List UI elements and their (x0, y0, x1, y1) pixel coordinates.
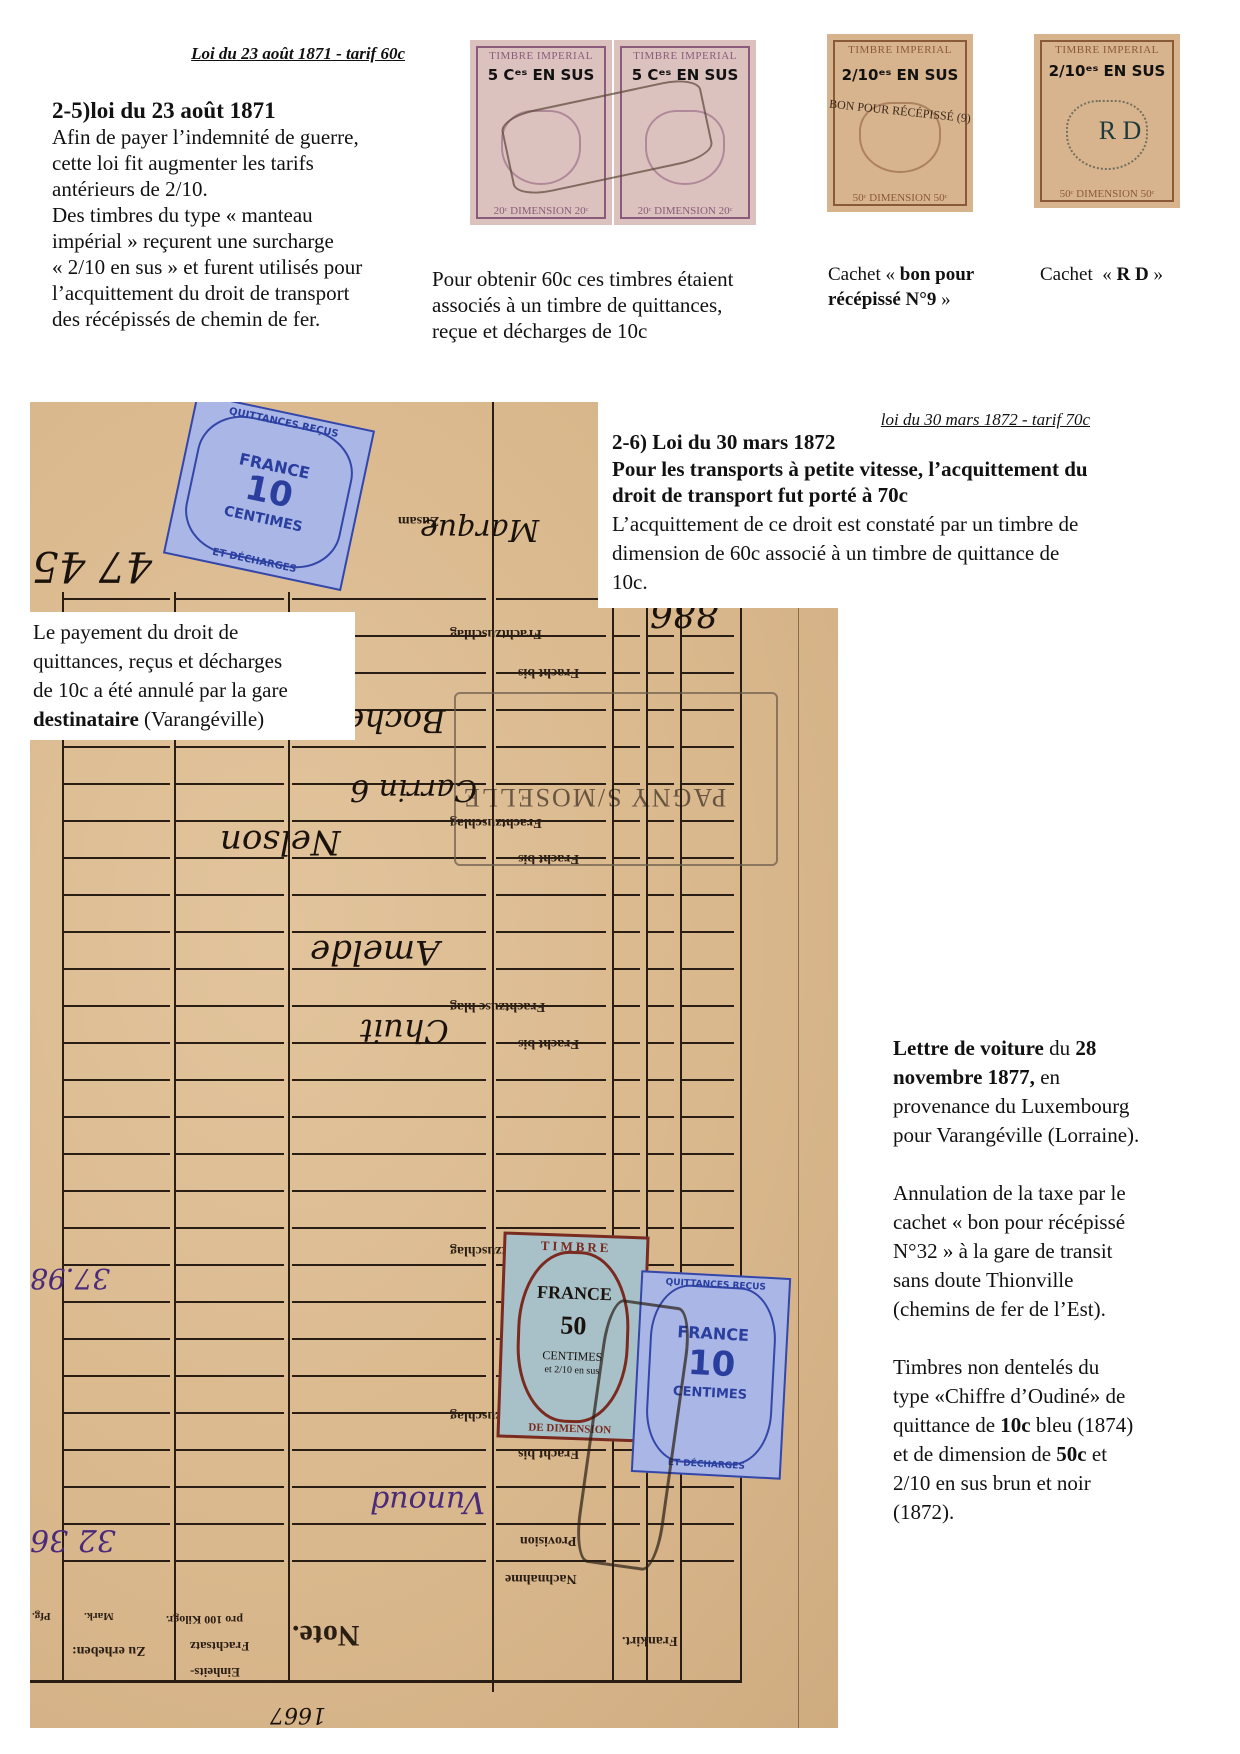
rule (176, 1412, 284, 1414)
form-label: Mark. (84, 1610, 114, 1622)
rule (648, 1190, 674, 1192)
stamp-imperial-50c-rd: TIMBRE IMPERIAL 2/10ᵉˢ EN SUS R D 50ᶜ DI… (1034, 34, 1180, 208)
rule (64, 783, 170, 785)
rule (648, 1005, 674, 1007)
text-line: droit de transport fut porté à 70c (612, 482, 1088, 508)
rule (496, 1190, 606, 1192)
form-label: Pfg. (32, 1610, 51, 1622)
rule (176, 783, 284, 785)
rule (176, 1079, 284, 1081)
rule (176, 1005, 284, 1007)
text-bold: R D (1117, 264, 1149, 285)
rule (648, 894, 674, 896)
rule (292, 1116, 486, 1118)
text-line: cachet « bon pour récépissé (893, 1208, 1223, 1237)
rule (64, 1227, 170, 1229)
rule (64, 598, 170, 600)
stamp-denomination: 20ᶜ DIMENSION 20ᶜ (470, 205, 612, 217)
rule (64, 1042, 170, 1044)
rule (176, 1153, 284, 1155)
rule (288, 592, 290, 1682)
station-cancel-text: PAGNY S/MOSELLE (462, 782, 726, 812)
section2-paragraph: L’acquittement de ce droit est constaté … (612, 510, 1078, 597)
rule (682, 1079, 734, 1081)
form-label: Nachnahme (505, 1570, 577, 1586)
text-bold: novembre 1877, (893, 1065, 1035, 1089)
text-line: provenance du Luxembourg (893, 1092, 1223, 1121)
text: » (936, 289, 950, 310)
text-line: « 2/10 en sus » et furent utilisés pour (52, 254, 422, 280)
rule (682, 1560, 734, 1562)
text: et de dimension de (893, 1442, 1056, 1466)
rule (614, 1005, 640, 1007)
rule (64, 968, 170, 970)
cachet-bon-pour-caption: Cachet « bon pour récépissé N°9 » (828, 262, 974, 312)
text-line: Des timbres du type « manteau (52, 202, 422, 228)
rule (292, 1449, 486, 1451)
text: et (1087, 1442, 1107, 1466)
form-label: Zu erheben: (72, 1642, 146, 1658)
rule (176, 1264, 284, 1266)
rule (682, 1264, 734, 1266)
pair-caption: Pour obtenir 60c ces timbres étaient ass… (432, 266, 812, 344)
text-line: antérieurs de 2/10. (52, 176, 422, 202)
rule (64, 1116, 170, 1118)
handwriting: Carrin 6 (350, 772, 477, 807)
stamp-quittances-10c-top: QUITTANCES REÇUS FRANCE 10 CENTIMES ET D… (163, 402, 375, 591)
handwritten-number: 1667 (270, 1702, 326, 1727)
handwriting: 47 45 (32, 542, 152, 591)
text-bold: 50c (1056, 1442, 1086, 1466)
rule (30, 1680, 742, 1683)
rule (682, 635, 734, 637)
rule (292, 1560, 486, 1562)
rule (496, 1153, 606, 1155)
rule (682, 1042, 734, 1044)
rule (64, 894, 170, 896)
rule (176, 1042, 284, 1044)
text-line: l’acquittement du droit de transport (52, 280, 422, 306)
stamp-title: TIMBRE IMPERIAL (470, 50, 612, 62)
handwriting: Marque (420, 512, 539, 547)
text: du (1044, 1036, 1076, 1060)
rule (496, 894, 606, 896)
section2-bold-paragraph: Pour les transports à petite vitesse, l’… (612, 456, 1088, 508)
rule (176, 1449, 284, 1451)
rule (648, 1079, 674, 1081)
rule (176, 894, 284, 896)
rule (64, 1005, 170, 1007)
rule (648, 1116, 674, 1118)
rule (64, 1079, 170, 1081)
rule (648, 672, 674, 674)
rule (614, 1153, 640, 1155)
rule (176, 598, 284, 600)
rule (64, 1338, 170, 1340)
text-line: Annulation de la taxe par le (893, 1179, 1223, 1208)
text-line: dimension de 60c associé à un timbre de … (612, 539, 1078, 568)
rule (496, 968, 606, 970)
text-line: 10c. (612, 568, 1078, 597)
rule (176, 968, 284, 970)
rule (648, 931, 674, 933)
rule (682, 1005, 734, 1007)
rule (614, 1042, 640, 1044)
rule (64, 1153, 170, 1155)
text-line: 2/10 en sus brun et noir (893, 1469, 1223, 1498)
rule (64, 1412, 170, 1414)
text-bold: 28 (1075, 1036, 1096, 1060)
text-bold: récépissé N°9 (828, 289, 936, 310)
section1-caption: Loi du 23 août 1871 - tarif 60c (140, 44, 405, 64)
text: Cachet « (1040, 264, 1117, 285)
rule (682, 968, 734, 970)
text-bold: 10c (1000, 1413, 1030, 1437)
stamp-title: TIMBRE IMPERIAL (827, 44, 973, 56)
rule (292, 1190, 486, 1192)
text: quittance de (893, 1413, 1000, 1437)
rule (648, 635, 674, 637)
text: bleu (1874) (1031, 1413, 1134, 1437)
rule (648, 1264, 674, 1266)
stamp-overprint: 5 Cᵉˢ EN SUS (470, 66, 612, 84)
form-label: Fracht bis (518, 664, 579, 680)
rule (292, 1153, 486, 1155)
text: » (1149, 264, 1163, 285)
rule (648, 968, 674, 970)
rule (682, 1523, 734, 1525)
text-line: reçue et décharges de 10c (432, 318, 812, 344)
rule (292, 894, 486, 896)
rule (64, 1449, 170, 1451)
rule (174, 592, 176, 1682)
station-cancel-box (454, 692, 778, 866)
form-label: Frankirt. (622, 1632, 678, 1648)
rule (292, 1375, 486, 1377)
rule (614, 672, 640, 674)
rule (64, 1560, 170, 1562)
form-label: Frachtzusc hlag (450, 998, 545, 1014)
rule (682, 1153, 734, 1155)
text-line: Timbres non dentelés du (893, 1353, 1223, 1382)
text: Cachet « (828, 264, 900, 285)
rule (176, 1560, 284, 1562)
text-line: Pour obtenir 60c ces timbres étaient (432, 266, 812, 292)
right-note: Lettre de voiture du 28 novembre 1877, e… (893, 1034, 1223, 1527)
rule (648, 1153, 674, 1155)
text-bold: bon pour (900, 264, 974, 285)
rule (176, 1338, 284, 1340)
text-line: (1872). (893, 1498, 1223, 1527)
rule (292, 1227, 486, 1229)
text-line: de 10c a été annulé par la gare (33, 676, 288, 705)
stamp-overprint: 2/10ᵉˢ EN SUS (827, 66, 973, 84)
rule (64, 1190, 170, 1192)
text-line: (chemins de fer de l’Est). (893, 1295, 1223, 1324)
text-line: cette loi fit augmenter les tarifs (52, 150, 422, 176)
handwriting: Nelson (220, 822, 341, 862)
section2-textbox: loi du 30 mars 1872 - tarif 70c 2-6) Loi… (598, 402, 1240, 608)
rule (64, 1301, 170, 1303)
text-line: L’acquittement de ce droit est constaté … (612, 510, 1078, 539)
rule (648, 1042, 674, 1044)
rule (176, 746, 284, 748)
rule (614, 1079, 640, 1081)
handwriting: 37.98 (30, 1262, 110, 1295)
handwriting: Amelde (310, 932, 440, 972)
rule (682, 1227, 734, 1229)
text-line: Afin de payer l’indemnité de guerre, (52, 124, 422, 150)
form-label: Fracht bis (518, 1035, 579, 1051)
rule (682, 1116, 734, 1118)
rule (614, 968, 640, 970)
rule (292, 1079, 486, 1081)
handwriting: Chuit (360, 1012, 449, 1050)
rule (496, 1227, 606, 1229)
rule (64, 857, 170, 859)
rule (614, 931, 640, 933)
rule (64, 820, 170, 822)
form-label: Provision (520, 1532, 577, 1548)
rule (682, 672, 734, 674)
text: (Varangéville) (139, 707, 264, 731)
cachet-rd-caption: Cachet « R D » (1040, 262, 1163, 287)
text-line: Pour les transports à petite vitesse, l’… (612, 456, 1088, 482)
rule (292, 598, 486, 600)
rule (682, 894, 734, 896)
text: en (1035, 1065, 1060, 1089)
text-line: impérial » reçurent une surcharge (52, 228, 422, 254)
rule (64, 746, 170, 748)
rule (176, 1227, 284, 1229)
rule (176, 1190, 284, 1192)
text-bold: Lettre de voiture (893, 1036, 1044, 1060)
rule (614, 1190, 640, 1192)
section2-heading: 2-6) Loi du 30 mars 1872 (612, 430, 835, 455)
stamp-title: TIMBRE IMPERIAL (1034, 44, 1180, 56)
rule (64, 1375, 170, 1377)
stamp-denomination: 50ᶜ DIMENSION 50ᶜ (827, 192, 973, 204)
stamp-imperial-50c-bon-pour: TIMBRE IMPERIAL 2/10ᵉˢ EN SUS BON POUR R… (827, 34, 973, 212)
rule (496, 931, 606, 933)
rule (176, 1523, 284, 1525)
text-line: des récépissés de chemin de fer. (52, 306, 422, 332)
rule (614, 1116, 640, 1118)
rule (614, 894, 640, 896)
rule (648, 1227, 674, 1229)
text-line: associés à un timbre de quittances, (432, 292, 812, 318)
rule (614, 1227, 640, 1229)
rule (496, 1116, 606, 1118)
form-label: Fracht bis (518, 1445, 579, 1461)
rule (496, 1079, 606, 1081)
rule (176, 1375, 284, 1377)
rule (614, 635, 640, 637)
left-note: Le payement du droit de quittances, reçu… (33, 618, 288, 734)
stamp-title: TIMBRE IMPERIAL (614, 50, 756, 62)
rule (292, 1523, 486, 1525)
form-label: Frachtzuschlag (450, 625, 542, 641)
rule (62, 592, 64, 1682)
left-note-box: Le payement du droit de quittances, reçu… (30, 612, 355, 740)
rule (176, 1301, 284, 1303)
handwriting: Vunoud (370, 1484, 485, 1519)
rule (292, 1264, 486, 1266)
rule (64, 1486, 170, 1488)
form-label: Frachtsatz (190, 1638, 249, 1654)
rule (176, 1486, 284, 1488)
rule (64, 931, 170, 933)
text-line: quittances, reçus et décharges (33, 647, 288, 676)
text-line: N°32 » à la gare de transit (893, 1237, 1223, 1266)
rule (292, 1338, 486, 1340)
section2-caption: loi du 30 mars 1872 - tarif 70c (698, 410, 1090, 430)
form-label-note: Note. (292, 1618, 359, 1652)
rule (176, 1116, 284, 1118)
stamp-denomination: 50ᶜ DIMENSION 50ᶜ (1034, 188, 1180, 200)
rule (682, 1486, 734, 1488)
rule (682, 931, 734, 933)
form-label: Einheits- (190, 1664, 240, 1680)
section1-heading: 2-5)loi du 23 août 1871 (52, 98, 276, 124)
cancel-text: R D (1034, 116, 1180, 146)
rule (492, 402, 494, 1692)
text-line: Le payement du droit de (33, 618, 288, 647)
text-bold: destinataire (33, 707, 139, 731)
rule (176, 931, 284, 933)
section1-paragraph: Afin de payer l’indemnité de guerre, cet… (52, 124, 422, 332)
text-line: sans doute Thionville (893, 1266, 1223, 1295)
text-line: type «Chiffre d’Oudiné» de (893, 1382, 1223, 1411)
text-line: pour Varangéville (Lorraine). (893, 1121, 1223, 1150)
stamp-text: TIMBRE (506, 1237, 646, 1258)
rule (682, 1190, 734, 1192)
stamp-denomination: 20ᶜ DIMENSION 20ᶜ (614, 205, 756, 217)
rule (292, 1301, 486, 1303)
form-label: pro 100 Kilogr. (166, 1612, 243, 1627)
stamp-overprint: 2/10ᵉˢ EN SUS (1034, 62, 1180, 80)
rule (496, 598, 606, 600)
handwriting: 32 36 (30, 1522, 116, 1557)
